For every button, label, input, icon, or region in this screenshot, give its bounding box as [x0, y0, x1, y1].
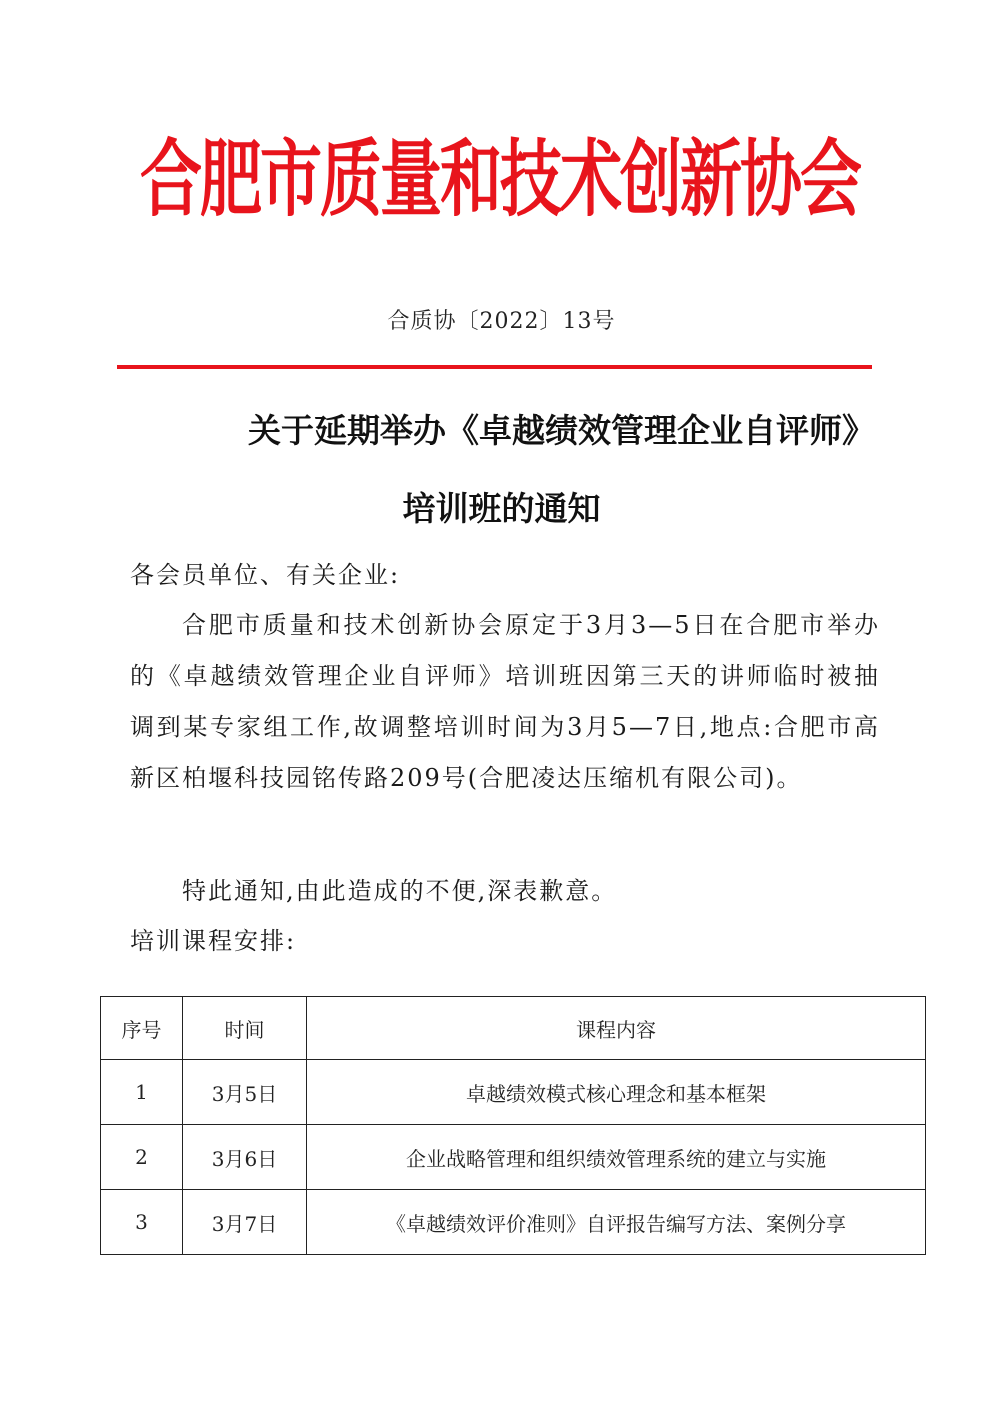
cell-number: 2 [101, 1125, 183, 1190]
table-row: 2 3月6日 企业战略管理和组织绩效管理系统的建立与实施 [101, 1125, 926, 1190]
closing-remark: 特此通知,由此造成的不便,深表歉意。 [130, 866, 880, 917]
notice-body-paragraph: 合肥市质量和技术创新协会原定于3月3—5日在合肥市举办的《卓越绩效管理企业自评师… [130, 600, 880, 804]
organization-masthead: 合肥市质量和技术创新协会 [120, 138, 880, 222]
schedule-label: 培训课程安排: [130, 916, 880, 967]
cell-date: 3月6日 [183, 1125, 307, 1190]
cell-content: 卓越绩效模式核心理念和基本框架 [307, 1060, 926, 1125]
cell-content: 《卓越绩效评价准则》自评报告编写方法、案例分享 [307, 1190, 926, 1255]
salutation: 各会员单位、有关企业: [130, 550, 880, 601]
cell-date: 3月5日 [183, 1060, 307, 1125]
header-content: 课程内容 [307, 997, 926, 1060]
header-number: 序号 [101, 997, 183, 1060]
cell-date: 3月7日 [183, 1190, 307, 1255]
red-divider [117, 365, 872, 369]
schedule-table: 序号 时间 课程内容 1 3月5日 卓越绩效模式核心理念和基本框架 2 3月6日… [100, 996, 926, 1255]
notice-title-line-1: 关于延期举办《卓越绩效管理企业自评师》 [60, 405, 1003, 452]
table-header-row: 序号 时间 课程内容 [101, 997, 926, 1060]
notice-title-line-2: 培训班的通知 [0, 483, 1003, 530]
table-row: 1 3月5日 卓越绩效模式核心理念和基本框架 [101, 1060, 926, 1125]
document-number: 合质协〔2022〕13号 [0, 304, 1003, 335]
table-row: 3 3月7日 《卓越绩效评价准则》自评报告编写方法、案例分享 [101, 1190, 926, 1255]
cell-content: 企业战略管理和组织绩效管理系统的建立与实施 [307, 1125, 926, 1190]
cell-number: 1 [101, 1060, 183, 1125]
cell-number: 3 [101, 1190, 183, 1255]
header-date: 时间 [183, 997, 307, 1060]
